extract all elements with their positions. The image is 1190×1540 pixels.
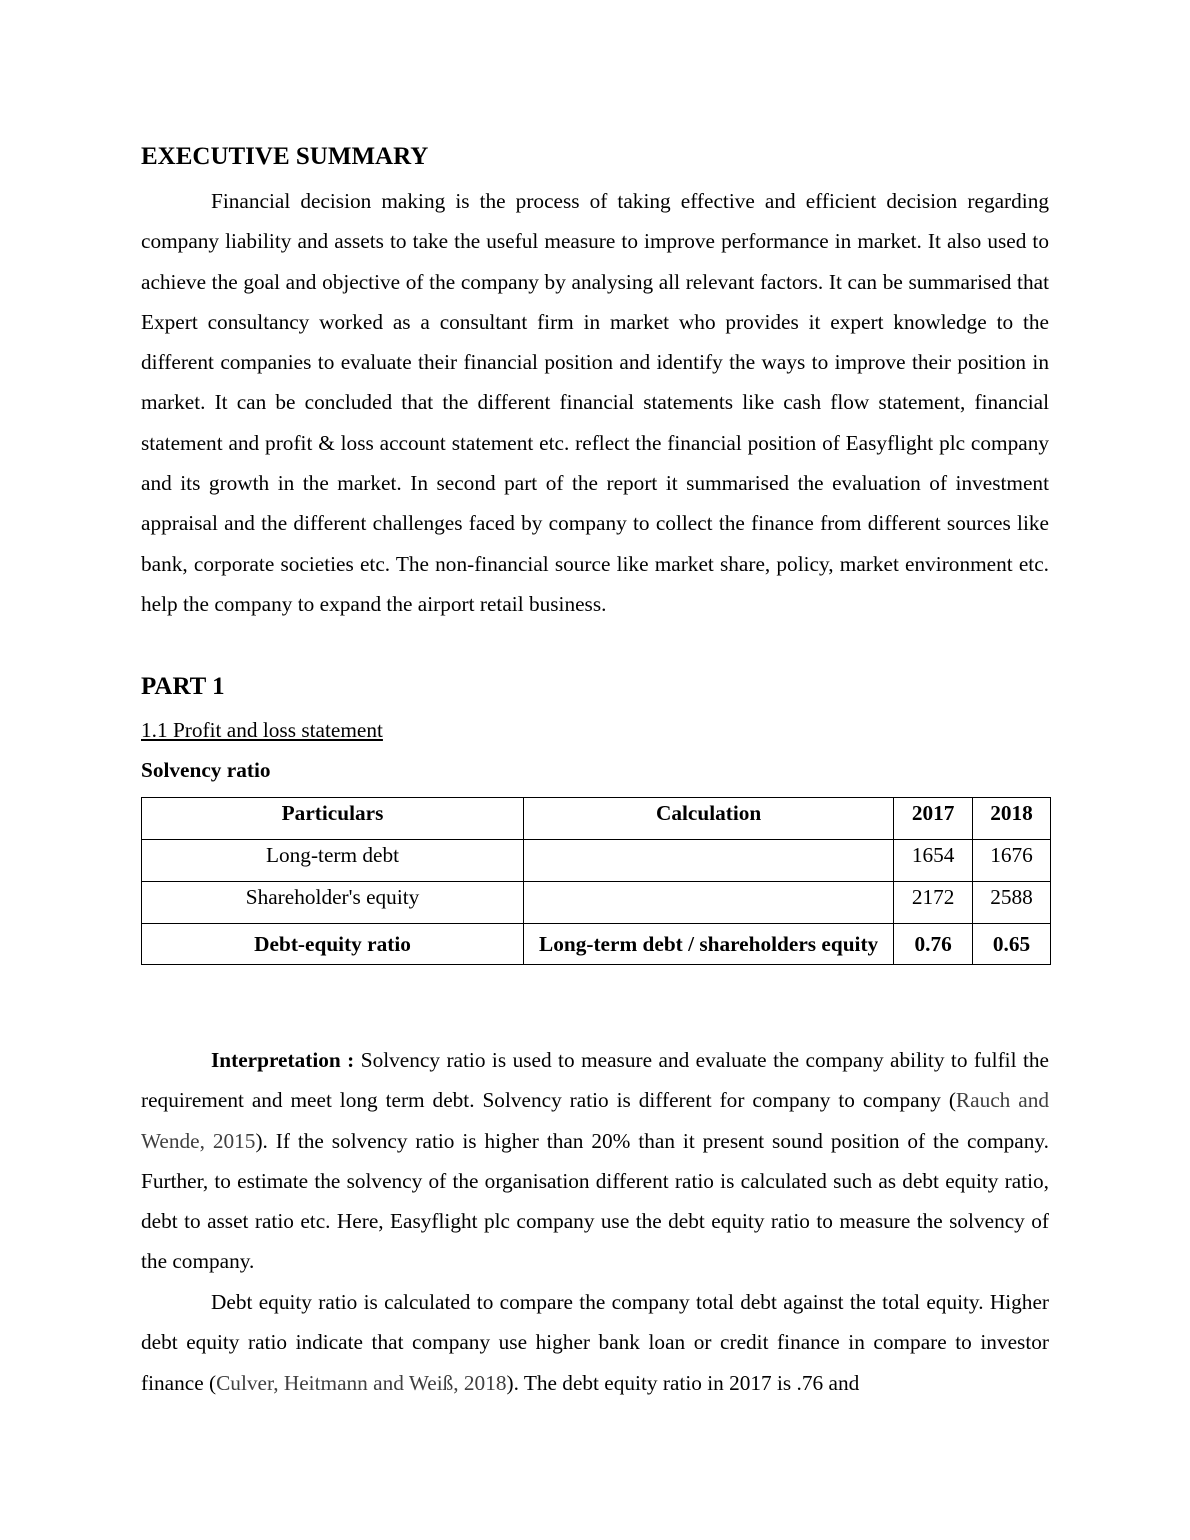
interpretation-paragraph: Interpretation : Solvency ratio is used …: [141, 1040, 1049, 1282]
table-row-total: Debt-equity ratio Long-term debt / share…: [142, 924, 1051, 965]
header-calculation: Calculation: [524, 798, 894, 840]
citation: Culver, Heitmann and Weiß, 2018: [216, 1371, 506, 1395]
debt-equity-paragraph: Debt equity ratio is calculated to compa…: [141, 1282, 1049, 1403]
header-2018: 2018: [973, 798, 1051, 840]
cell-calculation: Long-term debt / shareholders equity: [524, 924, 894, 965]
table-header-row: Particulars Calculation 2017 2018: [142, 798, 1051, 840]
cell-2018: 0.65: [973, 924, 1051, 965]
cell-2017: 1654: [894, 840, 973, 882]
cell-calculation: [524, 882, 894, 924]
interpretation-label: Interpretation :: [211, 1048, 354, 1072]
cell-particular: Long-term debt: [142, 840, 524, 882]
cell-2018: 1676: [973, 840, 1051, 882]
paragraph-text: ). The debt equity ratio in 2017 is .76 …: [507, 1371, 860, 1395]
executive-summary-heading: EXECUTIVE SUMMARY: [141, 141, 428, 173]
part-heading: PART 1: [141, 671, 225, 703]
table-label: Solvency ratio: [141, 756, 271, 784]
cell-particular: Debt-equity ratio: [142, 924, 524, 965]
section-title: 1.1 Profit and loss statement: [141, 716, 383, 744]
header-2017: 2017: [894, 798, 973, 840]
cell-2017: 2172: [894, 882, 973, 924]
cell-calculation: [524, 840, 894, 882]
cell-2018: 2588: [973, 882, 1051, 924]
cell-particular: Shareholder's equity: [142, 882, 524, 924]
solvency-ratio-table: Particulars Calculation 2017 2018 Long-t…: [141, 797, 1051, 965]
cell-2017: 0.76: [894, 924, 973, 965]
table-row: Long-term debt 1654 1676: [142, 840, 1051, 882]
interpretation-text: ). If the solvency ratio is higher than …: [141, 1129, 1049, 1274]
header-particulars: Particulars: [142, 798, 524, 840]
summary-paragraph: Financial decision making is the process…: [141, 181, 1049, 624]
table-row: Shareholder's equity 2172 2588: [142, 882, 1051, 924]
